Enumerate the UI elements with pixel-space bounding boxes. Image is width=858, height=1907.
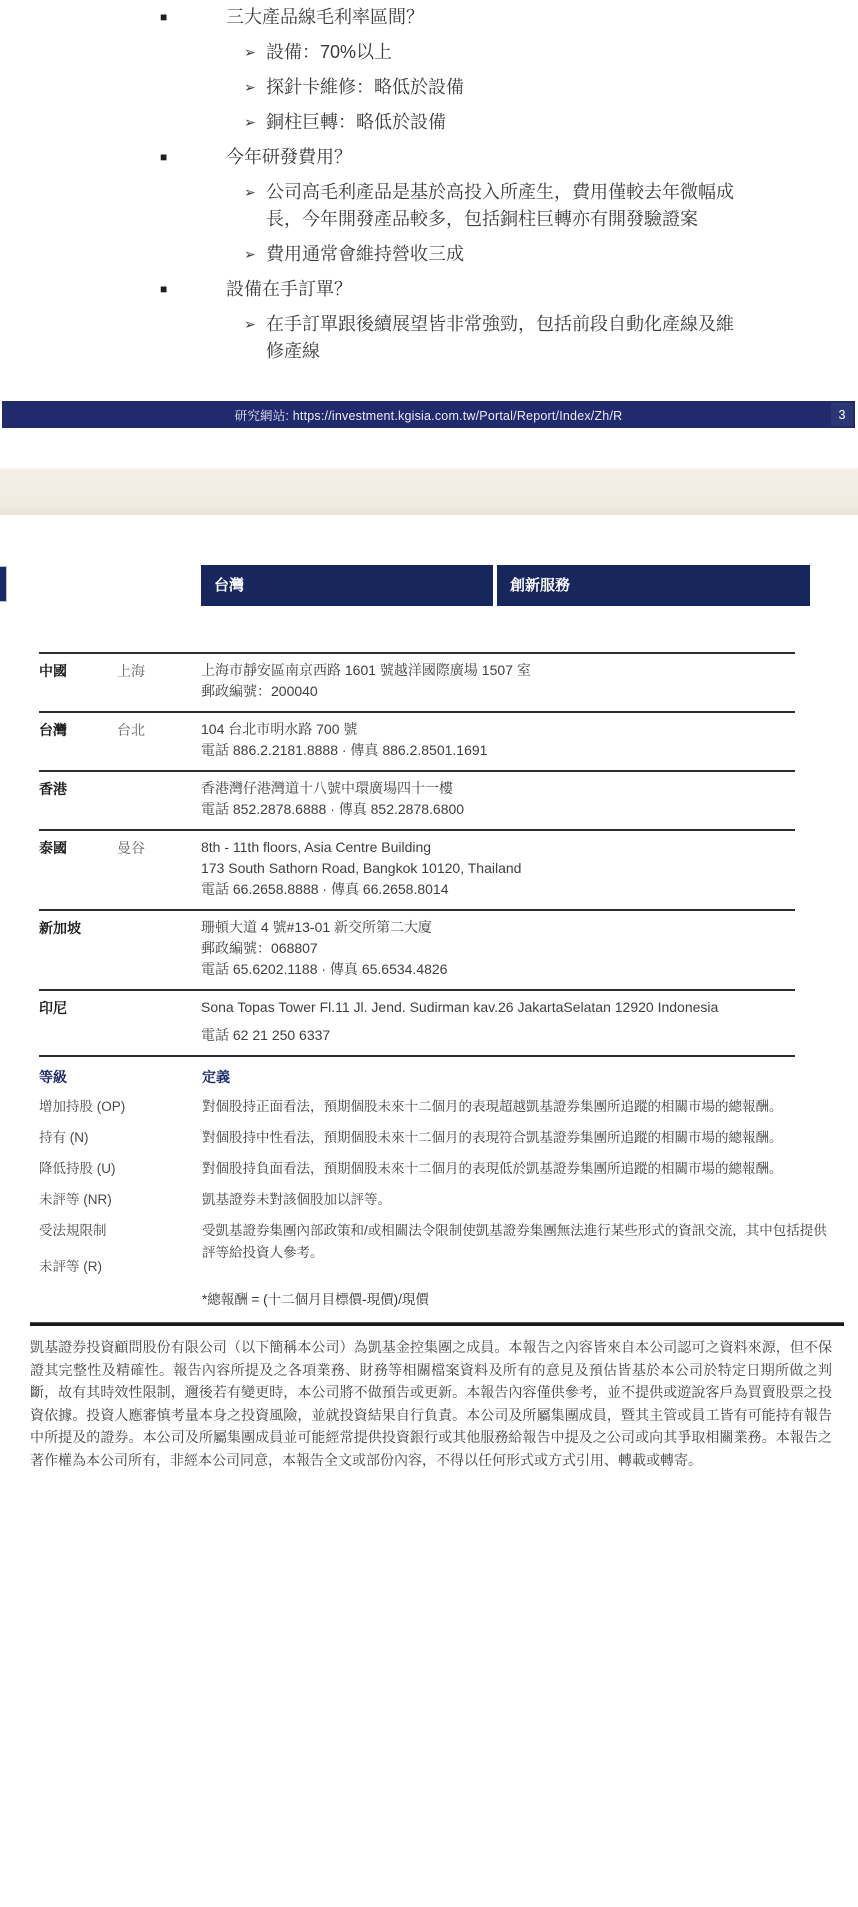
rating-row-r: 受法規限制 未評等 (R) 受凱基證券集團內部政策和/或相關法令限制使凱基證券集… bbox=[39, 1220, 832, 1278]
research-site-link[interactable]: 研究網站: https://investment.kgisia.com.tw/P… bbox=[235, 406, 623, 424]
office-city: 台北 bbox=[117, 719, 201, 761]
office-address: 104 台北市明水路 700 號 電話 886.2.2181.8888 · 傳真… bbox=[201, 719, 795, 761]
answer-text: 在手訂單跟後續展望皆非常強勁，包括前段自動化產線及維修產線 bbox=[266, 311, 734, 365]
office-city bbox=[117, 997, 201, 1046]
rating-label: 受法規限制 未評等 (R) bbox=[39, 1220, 202, 1278]
qa-answer: ➢ 設備：70%以上 bbox=[244, 39, 734, 66]
rating-definition: 對個股持正面看法，預期個股未來十二個月的表現超越凱基證券集團所追蹤的相關市場的總… bbox=[202, 1096, 832, 1118]
office-country: 印尼 bbox=[39, 997, 117, 1046]
office-table: 中國 上海 上海市靜安區南京西路 1601 號越洋國際廣場 1507 室 郵政編… bbox=[39, 652, 795, 1055]
rating-definition: 受凱基證券集團內部政策和/或相關法令限制使凱基證券集團無法進行某些形式的資訊交流… bbox=[202, 1220, 832, 1278]
ratings-table: 等級 定義 增加持股 (OP) 對個股持正面看法，預期個股未來十二個月的表現超越… bbox=[39, 1055, 832, 1308]
rating-definition: 對個股持負面看法，預期個股未來十二個月的表現低於凱基證券集團所追蹤的相關市場的總… bbox=[202, 1158, 832, 1180]
arrow-bullet-icon: ➢ bbox=[244, 39, 266, 66]
qa-section: ■ 三大產品線毛利率區間？ ➢ 設備：70%以上 ➢ 探針卡維修：略低於設備 ➢… bbox=[160, 4, 734, 373]
office-address: Sona Topas Tower Fl.11 Jl. Jend. Sudirma… bbox=[201, 997, 795, 1046]
office-city bbox=[117, 917, 201, 980]
ratings-header: 等級 定義 bbox=[39, 1057, 832, 1087]
square-bullet-icon: ■ bbox=[160, 4, 226, 31]
page-footer-bar: 研究網站: https://investment.kgisia.com.tw/P… bbox=[2, 401, 855, 428]
question-text: 三大產品線毛利率區間？ bbox=[226, 4, 734, 31]
rating-row-op: 增加持股 (OP) 對個股持正面看法，預期個股未來十二個月的表現超越凱基證券集團… bbox=[39, 1096, 832, 1118]
rating-row-n: 持有 (N) 對個股持中性看法，預期個股未來十二個月的表現符合凱基證券集團所追蹤… bbox=[39, 1127, 832, 1149]
page-gap-band bbox=[0, 468, 858, 515]
square-bullet-icon: ■ bbox=[160, 276, 226, 303]
qa-answer: ➢ 公司高毛利產品是基於高投入所產生，費用僅較去年微幅成長，今年開發產品較多，包… bbox=[244, 179, 734, 233]
qa-answer: ➢ 費用通常會維持營收三成 bbox=[244, 241, 734, 268]
office-row-hongkong: 香港 香港灣仔港灣道十八號中環廣場四十一樓 電話 852.2878.6888 ·… bbox=[39, 770, 795, 829]
qa-question: ■ 設備在手訂單？ bbox=[160, 276, 734, 303]
office-address: 香港灣仔港灣道十八號中環廣場四十一樓 電話 852.2878.6888 · 傳真… bbox=[201, 778, 795, 820]
qa-question: ■ 今年研發費用？ bbox=[160, 144, 734, 171]
office-address: 8th - 11th floors, Asia Centre Building … bbox=[201, 837, 795, 900]
contact-page: 台灣 創新服務 中國 上海 上海市靜安區南京西路 1601 號越洋國際廣場 15… bbox=[0, 565, 858, 1471]
rating-label: 增加持股 (OP) bbox=[39, 1096, 202, 1118]
page-number: 3 bbox=[831, 403, 853, 426]
rating-row-u: 降低持股 (U) 對個股持負面看法，預期個股未來十二個月的表現低於凱基證券集團所… bbox=[39, 1158, 832, 1180]
qa-question: ■ 三大產品線毛利率區間？ bbox=[160, 4, 734, 31]
total-return-footnote: *總報酬 = (十二個月目標價-現價)/現價 bbox=[202, 1288, 832, 1308]
answer-text: 費用通常會維持營收三成 bbox=[266, 241, 734, 268]
rating-definition: 對個股持中性看法，預期個股未來十二個月的表現符合凱基證券集團所追蹤的相關市場的總… bbox=[202, 1127, 832, 1149]
office-country: 香港 bbox=[39, 778, 117, 820]
arrow-bullet-icon: ➢ bbox=[244, 109, 266, 136]
office-address: 上海市靜安區南京西路 1601 號越洋國際廣場 1507 室 郵政編號：2000… bbox=[201, 660, 795, 702]
office-country: 台灣 bbox=[39, 719, 117, 761]
office-country: 泰國 bbox=[39, 837, 117, 900]
square-bullet-icon: ■ bbox=[160, 144, 226, 171]
arrow-bullet-icon: ➢ bbox=[244, 179, 266, 206]
legal-disclaimer: 凱基證券投資顧問股份有限公司（以下簡稱本公司）為凱基金控集團之成員。本報告之內容… bbox=[30, 1336, 832, 1471]
arrow-bullet-icon: ➢ bbox=[244, 74, 266, 101]
rating-row-nr: 未評等 (NR) 凱基證券未對該個股加以評等。 bbox=[39, 1189, 832, 1211]
qa-answer: ➢ 在手訂單跟後續展望皆非常強勁，包括前段自動化產線及維修產線 bbox=[244, 311, 734, 365]
header-cell-taiwan: 台灣 bbox=[201, 565, 493, 606]
office-row-china: 中國 上海 上海市靜安區南京西路 1601 號越洋國際廣場 1507 室 郵政編… bbox=[39, 652, 795, 711]
office-row-taiwan: 台灣 台北 104 台北市明水路 700 號 電話 886.2.2181.888… bbox=[39, 711, 795, 770]
answer-text: 公司高毛利產品是基於高投入所產生，費用僅較去年微幅成長，今年開發產品較多，包括銅… bbox=[266, 179, 734, 233]
qa-answer: ➢ 探針卡維修：略低於設備 bbox=[244, 74, 734, 101]
office-country: 中國 bbox=[39, 660, 117, 702]
office-country: 新加坡 bbox=[39, 917, 117, 980]
disclaimer-divider bbox=[30, 1322, 844, 1326]
office-address: 珊頓大道 4 號#13-01 新交所第二大廈 郵政編號：068807 電話 65… bbox=[201, 917, 795, 980]
ratings-col1-header: 等級 bbox=[39, 1067, 202, 1087]
office-city: 上海 bbox=[117, 660, 201, 702]
office-table-header: 台灣 創新服務 bbox=[0, 565, 858, 606]
report-page: ■ 三大產品線毛利率區間？ ➢ 設備：70%以上 ➢ 探針卡維修：略低於設備 ➢… bbox=[0, 0, 858, 1907]
question-text: 今年研發費用？ bbox=[226, 144, 734, 171]
office-city bbox=[117, 778, 201, 820]
arrow-bullet-icon: ➢ bbox=[244, 241, 266, 268]
answer-text: 設備：70%以上 bbox=[266, 39, 734, 66]
header-cell-innovation: 創新服務 bbox=[497, 565, 810, 606]
rating-label: 未評等 (NR) bbox=[39, 1189, 202, 1211]
question-text: 設備在手訂單？ bbox=[226, 276, 734, 303]
rating-label: 持有 (N) bbox=[39, 1127, 202, 1149]
qa-answer: ➢ 銅柱巨轉：略低於設備 bbox=[244, 109, 734, 136]
rating-label: 降低持股 (U) bbox=[39, 1158, 202, 1180]
office-city: 曼谷 bbox=[117, 837, 201, 900]
arrow-bullet-icon: ➢ bbox=[244, 311, 266, 338]
clipped-header-cell bbox=[0, 566, 7, 602]
office-row-thailand: 泰國 曼谷 8th - 11th floors, Asia Centre Bui… bbox=[39, 829, 795, 909]
answer-text: 銅柱巨轉：略低於設備 bbox=[266, 109, 734, 136]
rating-definition: 凱基證券未對該個股加以評等。 bbox=[202, 1189, 832, 1211]
office-row-singapore: 新加坡 珊頓大道 4 號#13-01 新交所第二大廈 郵政編號：068807 電… bbox=[39, 909, 795, 989]
office-row-indonesia: 印尼 Sona Topas Tower Fl.11 Jl. Jend. Sudi… bbox=[39, 989, 795, 1055]
ratings-col2-header: 定義 bbox=[202, 1067, 832, 1087]
answer-text: 探針卡維修：略低於設備 bbox=[266, 74, 734, 101]
